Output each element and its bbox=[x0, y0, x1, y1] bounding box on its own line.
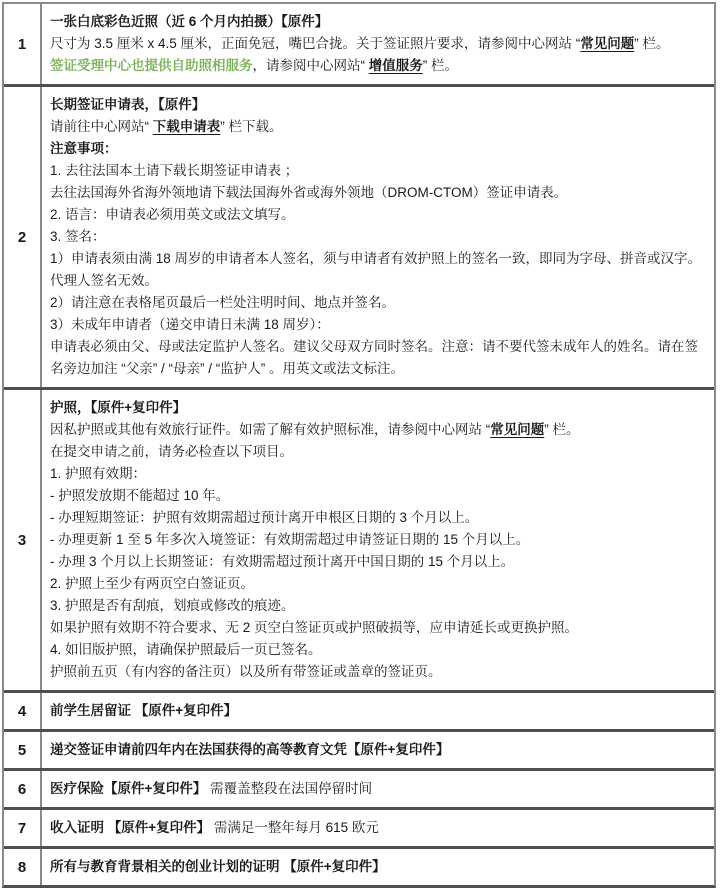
text-segment: 2. 护照上至少有两页空白签证页。 bbox=[50, 576, 254, 591]
row-content: 医疗保险【原件+复印件】 需覆盖整段在法国停留时间 bbox=[42, 771, 714, 807]
text-segment: 1）申请表须由满 18 周岁的申请者本人签名，须与申请者有效护照上的签名一致，即… bbox=[50, 251, 701, 266]
text-segment: 2. 语言：申请表必须用英文或法文填写。 bbox=[50, 207, 295, 222]
row-number: 5 bbox=[4, 732, 42, 768]
item-title: 一张白底彩色近照（近 6 个月内拍摄）【原件】 bbox=[50, 14, 328, 29]
text-segment: ” 栏。 bbox=[544, 422, 579, 437]
table-row: 5 递交签证申请前四年内在法国获得的高等教育文凭【原件+复印件】 bbox=[4, 732, 714, 771]
text-segment: 3）未成年申请者（递交申请日未满 18 周岁）： bbox=[50, 317, 330, 332]
table-row: 7 收入证明 【原件+复印件】 需满足一整年每月 615 欧元 bbox=[4, 810, 714, 849]
text-line: 3）未成年申请者（递交申请日未满 18 周岁）： bbox=[50, 314, 704, 336]
row-content: 收入证明 【原件+复印件】 需满足一整年每月 615 欧元 bbox=[42, 810, 714, 846]
item-note: 需满足一整年每月 615 欧元 bbox=[210, 820, 379, 835]
item-title: 收入证明 【原件+复印件】 bbox=[50, 820, 210, 835]
text-segment: ” 栏下载。 bbox=[220, 119, 282, 134]
text-segment: - 办理 3 个月以上长期签证：有效期需超过预计离开中国日期的 15 个月以上。 bbox=[50, 554, 514, 569]
text-line: 1）申请表须由满 18 周岁的申请者本人签名，须与申请者有效护照上的签名一致，即… bbox=[50, 248, 704, 270]
text-segment: 如果护照有效期不符合要求、无 2 页空白签证页或护照破损等，应申请延长或更换护照… bbox=[50, 620, 578, 635]
item-title: 医疗保险【原件+复印件】 bbox=[50, 781, 206, 796]
notes-heading: 注意事项： bbox=[50, 141, 118, 156]
text-segment: 2）请注意在表格尾页最后一栏处注明时间、地点并签名。 bbox=[50, 295, 395, 310]
text-line: 申请表必须由父、母或法定监护人签名。建议父母双方同时签名。注意：请不要代签未成年… bbox=[50, 336, 704, 380]
row-content: 长期签证申请表，【原件】 请前往中心网站“ 下载申请表” 栏下载。 注意事项： … bbox=[42, 87, 714, 387]
item-title: 递交签证申请前四年内在法国获得的高等教育文凭【原件+复印件】 bbox=[50, 742, 449, 757]
item-title: 前学生居留证 【原件+复印件】 bbox=[50, 703, 237, 718]
item-title: 护照，【原件+复印件】 bbox=[50, 400, 186, 415]
table-row: 1 一张白底彩色近照（近 6 个月内拍摄）【原件】 尺寸为 3.5 厘米 x 4… bbox=[4, 4, 714, 87]
text-line: 在提交申请之前，请务必检查以下项目。 bbox=[50, 441, 704, 463]
text-line: 1. 护照有效期： bbox=[50, 463, 704, 485]
row-content: 一张白底彩色近照（近 6 个月内拍摄）【原件】 尺寸为 3.5 厘米 x 4.5… bbox=[42, 4, 714, 84]
item-title: 所有与教育背景相关的创业计划的证明 【原件+复印件】 bbox=[50, 859, 386, 874]
text-line: 因私护照或其他有效旅行证件。如需了解有效护照标准，请参阅中心网站 “常见问题” … bbox=[50, 419, 704, 441]
text-line: 代理人签名无效。 bbox=[50, 270, 704, 292]
text-line: 2）请注意在表格尾页最后一栏处注明时间、地点并签名。 bbox=[50, 292, 704, 314]
text-line: 医疗保险【原件+复印件】 需覆盖整段在法国停留时间 bbox=[50, 778, 704, 800]
text-line: - 护照发放期不能超过 10 年。 bbox=[50, 485, 704, 507]
text-segment: ，请参阅中心网站“ bbox=[253, 58, 369, 73]
text-segment: 在提交申请之前，请务必检查以下项目。 bbox=[50, 444, 293, 459]
item-note: 需覆盖整段在法国停留时间 bbox=[206, 781, 372, 796]
text-line: 如果护照有效期不符合要求、无 2 页空白签证页或护照破损等，应申请延长或更换护照… bbox=[50, 617, 704, 639]
text-segment: 3. 签名： bbox=[50, 229, 106, 244]
text-line: 3. 签名： bbox=[50, 226, 704, 248]
text-line: 注意事项： bbox=[50, 138, 704, 160]
text-line: 所有与教育背景相关的创业计划的证明 【原件+复印件】 bbox=[50, 856, 704, 878]
table-row: 8 所有与教育背景相关的创业计划的证明 【原件+复印件】 bbox=[4, 849, 714, 885]
text-segment: 1. 去往法国本土请下载长期签证申请表 ； bbox=[50, 163, 298, 178]
text-line: - 办理短期签证：护照有效期需超过预计离开申根区日期的 3 个月以上。 bbox=[50, 507, 704, 529]
text-line: 去往法国海外省海外领地请下载法国海外省或海外领地（DROM-CTOM）签证申请表… bbox=[50, 182, 704, 204]
text-line: 1. 去往法国本土请下载长期签证申请表 ； bbox=[50, 160, 704, 182]
value-added-services-link[interactable]: 增值服务 bbox=[369, 58, 423, 73]
text-line: 尺寸为 3.5 厘米 x 4.5 厘米，正面免冠，嘴巴合拢。关于签证照片要求，请… bbox=[50, 33, 704, 55]
text-segment: 代理人签名无效。 bbox=[50, 273, 158, 288]
text-segment: 因私护照或其他有效旅行证件。如需了解有效护照标准，请参阅中心网站 “ bbox=[50, 422, 490, 437]
faq-link[interactable]: 常见问题 bbox=[490, 422, 544, 437]
row-content: 递交签证申请前四年内在法国获得的高等教育文凭【原件+复印件】 bbox=[42, 732, 714, 768]
text-line: 护照，【原件+复印件】 bbox=[50, 397, 704, 419]
text-line: 一张白底彩色近照（近 6 个月内拍摄）【原件】 bbox=[50, 11, 704, 33]
text-line: 签证受理中心也提供自助照相服务，请参阅中心网站“ 增值服务” 栏。 bbox=[50, 55, 704, 77]
text-line: 长期签证申请表，【原件】 bbox=[50, 94, 704, 116]
text-segment: 1. 护照有效期： bbox=[50, 466, 146, 481]
row-number: 7 bbox=[4, 810, 42, 846]
text-line: 护照前五页（有内容的备注页）以及所有带签证或盖章的签证页。 bbox=[50, 661, 704, 683]
row-content: 前学生居留证 【原件+复印件】 bbox=[42, 693, 714, 729]
text-segment: - 办理短期签证：护照有效期需超过预计离开申根区日期的 3 个月以上。 bbox=[50, 510, 478, 525]
text-line: 收入证明 【原件+复印件】 需满足一整年每月 615 欧元 bbox=[50, 817, 704, 839]
text-segment: ” 栏。 bbox=[634, 36, 669, 51]
text-line: - 办理更新 1 至 5 年多次入境签证：有效期需超过申请签证日期的 15 个月… bbox=[50, 529, 704, 551]
text-segment: 尺寸为 3.5 厘米 x 4.5 厘米，正面免冠，嘴巴合拢。关于签证照片要求，请… bbox=[50, 36, 580, 51]
table-row: 4 前学生居留证 【原件+复印件】 bbox=[4, 693, 714, 732]
text-segment: 3. 护照是否有刮痕，划痕或修改的痕迹。 bbox=[50, 598, 295, 613]
text-line: 2. 语言：申请表必须用英文或法文填写。 bbox=[50, 204, 704, 226]
text-line: 3. 护照是否有刮痕，划痕或修改的痕迹。 bbox=[50, 595, 704, 617]
text-line: 递交签证申请前四年内在法国获得的高等教育文凭【原件+复印件】 bbox=[50, 739, 704, 761]
text-line: 请前往中心网站“ 下载申请表” 栏下载。 bbox=[50, 116, 704, 138]
download-form-link[interactable]: 下载申请表 bbox=[153, 119, 221, 134]
text-segment: 申请表必须由父、母或法定监护人签名。建议父母双方同时签名。注意：请不要代签未成年… bbox=[50, 339, 698, 376]
faq-link[interactable]: 常见问题 bbox=[580, 36, 634, 51]
text-segment: 去往法国海外省海外领地请下载法国海外省或海外领地（DROM-CTOM）签证申请表… bbox=[50, 185, 567, 200]
text-line: 4. 如旧版护照，请确保护照最后一页已签名。 bbox=[50, 639, 704, 661]
visa-checklist-table: 1 一张白底彩色近照（近 6 个月内拍摄）【原件】 尺寸为 3.5 厘米 x 4… bbox=[2, 2, 716, 888]
item-title: 长期签证申请表，【原件】 bbox=[50, 97, 205, 112]
text-line: 前学生居留证 【原件+复印件】 bbox=[50, 700, 704, 722]
row-number: 4 bbox=[4, 693, 42, 729]
row-number: 2 bbox=[4, 87, 42, 387]
self-photo-service-highlight: 签证受理中心也提供自助照相服务 bbox=[50, 58, 253, 73]
row-number: 8 bbox=[4, 849, 42, 885]
row-number: 1 bbox=[4, 4, 42, 84]
text-segment: - 护照发放期不能超过 10 年。 bbox=[50, 488, 229, 503]
row-content: 护照，【原件+复印件】 因私护照或其他有效旅行证件。如需了解有效护照标准，请参阅… bbox=[42, 390, 714, 690]
text-segment: - 办理更新 1 至 5 年多次入境签证：有效期需超过申请签证日期的 15 个月… bbox=[50, 532, 529, 547]
text-segment: 护照前五页（有内容的备注页）以及所有带签证或盖章的签证页。 bbox=[50, 664, 442, 679]
text-segment: ” 栏。 bbox=[423, 58, 458, 73]
table-row: 2 长期签证申请表，【原件】 请前往中心网站“ 下载申请表” 栏下载。 注意事项… bbox=[4, 87, 714, 390]
row-content: 所有与教育背景相关的创业计划的证明 【原件+复印件】 bbox=[42, 849, 714, 885]
table-row: 6 医疗保险【原件+复印件】 需覆盖整段在法国停留时间 bbox=[4, 771, 714, 810]
text-segment: 请前往中心网站“ bbox=[50, 119, 153, 134]
row-number: 3 bbox=[4, 390, 42, 690]
text-line: - 办理 3 个月以上长期签证：有效期需超过预计离开中国日期的 15 个月以上。 bbox=[50, 551, 704, 573]
text-line: 2. 护照上至少有两页空白签证页。 bbox=[50, 573, 704, 595]
text-segment: 4. 如旧版护照，请确保护照最后一页已签名。 bbox=[50, 642, 322, 657]
table-row: 3 护照，【原件+复印件】 因私护照或其他有效旅行证件。如需了解有效护照标准，请… bbox=[4, 390, 714, 693]
row-number: 6 bbox=[4, 771, 42, 807]
